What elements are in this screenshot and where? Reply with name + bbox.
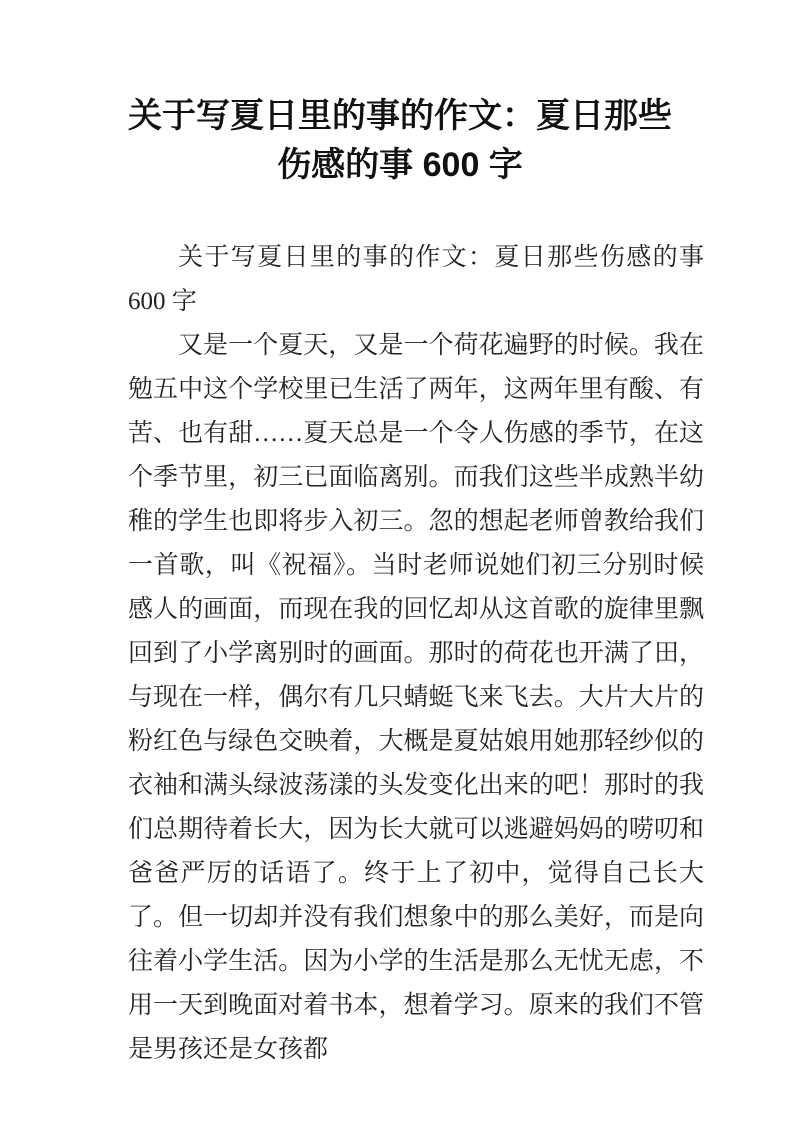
document-title-line-2: 伤感的事 600 字 [0,141,800,190]
document-title: 关于写夏日里的事的作文：夏日那些 伤感的事 600 字 [0,92,800,190]
document-title-line-1: 关于写夏日里的事的作文：夏日那些 [0,92,800,141]
document-page: 关于写夏日里的事的作文：夏日那些 伤感的事 600 字 关于写夏日里的事的作文：… [0,0,800,1132]
paragraph-essay-text: 又是一个夏天，又是一个荷花遍野的时候。我在勉五中这个学校里已生活了两年，这两年里… [128,324,704,1072]
paragraph-heading-repeat: 关于写夏日里的事的作文：夏日那些伤感的事600 字 [128,236,704,324]
document-body: 关于写夏日里的事的作文：夏日那些伤感的事600 字 又是一个夏天，又是一个荷花遍… [128,236,704,1072]
